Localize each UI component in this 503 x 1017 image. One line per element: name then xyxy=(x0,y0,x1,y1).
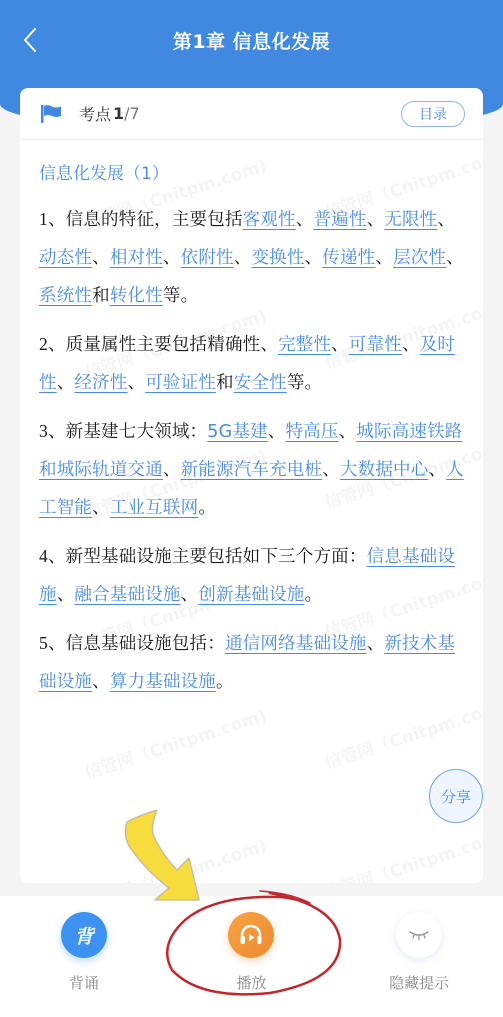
paragraph-text: 。 xyxy=(216,672,234,692)
paragraph-text: 。 xyxy=(198,498,216,518)
item-number: 1 xyxy=(39,209,48,229)
knowledge-point-total: /7 xyxy=(124,104,140,123)
keyword-link[interactable]: 相对性 xyxy=(110,248,163,268)
paragraph-text: 、 xyxy=(128,373,146,393)
keyword-link[interactable]: 无限性 xyxy=(384,210,437,230)
card-content: 信管网（Cnitpm.com) 信管网（Cnitpm.com) 信管网（Cnit… xyxy=(20,140,483,701)
knowledge-point-card: 考点 1 /7 目录 信管网（Cnitpm.com) 信管网（Cnitpm.co… xyxy=(20,88,483,883)
watermark: 信管网（Cnitpm.com) xyxy=(81,831,270,883)
paragraph-text: 等。 xyxy=(287,373,322,393)
recite-label: 背诵 xyxy=(69,972,99,993)
keyword-link[interactable]: 转化性 xyxy=(110,286,163,306)
paragraph-text: 、 xyxy=(437,210,455,230)
chevron-left-icon xyxy=(23,27,37,53)
paragraph-text: 、 xyxy=(339,422,357,442)
paragraph-text: 、 xyxy=(92,498,110,518)
watermark: 信管网（Cnitpm.com) xyxy=(321,691,483,774)
card-header: 考点 1 /7 目录 xyxy=(20,88,483,140)
paragraph-text: 、 xyxy=(181,585,199,605)
header-bar: 第1章 信息化发展 xyxy=(0,15,503,65)
keyword-link[interactable]: 普遍性 xyxy=(313,210,366,230)
paragraph-4: 4、新型基础设施主要包括如下三个方面：信息基础设施、融合基础设施、创新基础设施。 xyxy=(39,537,465,614)
keyword-link[interactable]: 5G基建 xyxy=(207,422,268,442)
paragraph-text: 、信息基础设施包括： xyxy=(48,634,225,654)
paragraph-text: 、 xyxy=(322,460,340,480)
table-of-contents-button[interactable]: 目录 xyxy=(401,101,465,127)
watermark: 信管网（Cnitpm.com) xyxy=(321,821,483,883)
paragraph-text: 、 xyxy=(234,248,252,268)
paragraph-text: 、 xyxy=(163,248,181,268)
keyword-link[interactable]: 动态性 xyxy=(39,248,92,268)
item-number: 4 xyxy=(39,546,48,566)
item-number: 3 xyxy=(39,421,48,441)
keyword-link[interactable]: 变换性 xyxy=(251,248,304,268)
paragraph-text: 、 xyxy=(57,585,75,605)
recite-icon: 背 xyxy=(61,912,107,958)
paragraph-5: 5、信息基础设施包括：通信网络基础设施、新技术基础设施、算力基础设施。 xyxy=(39,624,465,701)
keyword-link[interactable]: 融合基础设施 xyxy=(74,585,180,605)
watermark: 信管网（Cnitpm.com) xyxy=(81,701,270,784)
keyword-link[interactable]: 系统性 xyxy=(39,286,92,306)
keyword-link[interactable]: 传递性 xyxy=(322,248,375,268)
paragraph-text: 、 xyxy=(57,373,75,393)
keyword-link[interactable]: 大数据中心 xyxy=(340,460,429,480)
keyword-link[interactable]: 完整性 xyxy=(278,335,331,355)
keyword-link[interactable]: 经济性 xyxy=(74,373,127,393)
flag-icon xyxy=(40,104,62,124)
keyword-link[interactable]: 特高压 xyxy=(285,422,338,442)
hide-hints-button[interactable]: 隐藏提示 xyxy=(359,896,479,1017)
section-title: 信息化发展（1） xyxy=(39,158,465,190)
paragraph-text: 和 xyxy=(216,373,234,393)
item-number: 5 xyxy=(39,633,48,653)
paragraph-text: 等。 xyxy=(163,286,198,306)
paragraph-text: 、 xyxy=(446,248,464,268)
keyword-link[interactable]: 创新基础设施 xyxy=(198,585,304,605)
back-button[interactable] xyxy=(14,23,46,57)
play-button[interactable]: 播放 xyxy=(191,896,311,1017)
keyword-link[interactable]: 通信网络基础设施 xyxy=(225,634,367,654)
paragraph-2: 2、质量属性主要包括精确性、完整性、可靠性、及时性、经济性、可验证性和安全性等。 xyxy=(39,325,465,402)
paragraph-1: 1、信息的特征，主要包括客观性、普遍性、无限性、动态性、相对性、依附性、变换性、… xyxy=(39,200,465,315)
item-number: 2 xyxy=(39,334,48,354)
paragraph-text: 、新型基础设施主要包括如下三个方面： xyxy=(48,547,367,567)
keyword-link[interactable]: 依附性 xyxy=(181,248,234,268)
paragraph-text: 、 xyxy=(268,422,286,442)
keyword-link[interactable]: 可验证性 xyxy=(145,373,216,393)
paragraph-text: 、新基建七大领域： xyxy=(48,422,207,442)
bottom-toolbar: 背 背诵 播放 隐藏提示 xyxy=(0,896,503,1017)
keyword-link[interactable]: 客观性 xyxy=(243,210,296,230)
paragraph-text: 、 xyxy=(367,210,385,230)
play-label: 播放 xyxy=(236,972,266,993)
paragraph-text: 、 xyxy=(92,672,110,692)
keyword-link[interactable]: 算力基础设施 xyxy=(110,672,216,692)
keyword-link[interactable]: 可靠性 xyxy=(349,335,402,355)
headphones-play-icon xyxy=(228,912,274,958)
recite-button[interactable]: 背 背诵 xyxy=(24,896,144,1017)
knowledge-point-index: 1 xyxy=(113,104,124,123)
paragraph-text: 和 xyxy=(92,286,110,306)
paragraph-text: 、 xyxy=(331,335,349,355)
paragraph-text: 、信息的特征，主要包括 xyxy=(48,210,243,230)
paragraph-text: 、 xyxy=(305,248,323,268)
share-button[interactable]: 分享 xyxy=(429,769,483,823)
paragraph-3: 3、新基建七大领域：5G基建、特高压、城际高速铁路和城际轨道交通、新能源汽车充电… xyxy=(39,412,465,527)
paragraph-text: 、 xyxy=(367,634,385,654)
paragraph-text: 、 xyxy=(163,460,181,480)
page-title: 第1章 信息化发展 xyxy=(173,27,330,54)
paragraph-text: 。 xyxy=(305,585,323,605)
keyword-link[interactable]: 工业互联网 xyxy=(110,498,199,518)
eye-closed-icon xyxy=(396,912,442,958)
paragraph-text: 、质量属性主要包括精确性、 xyxy=(48,335,278,355)
paragraph-text: 、 xyxy=(92,248,110,268)
paragraph-text: 、 xyxy=(375,248,393,268)
hide-hints-label: 隐藏提示 xyxy=(389,972,449,993)
keyword-link[interactable]: 新能源汽车充电桩 xyxy=(181,460,323,480)
paragraph-text: 、 xyxy=(296,210,314,230)
paragraph-text: 、 xyxy=(402,335,420,355)
knowledge-point-label: 考点 xyxy=(79,102,111,125)
keyword-link[interactable]: 安全性 xyxy=(234,373,287,393)
paragraph-text: 、 xyxy=(428,460,446,480)
keyword-link[interactable]: 层次性 xyxy=(393,248,446,268)
